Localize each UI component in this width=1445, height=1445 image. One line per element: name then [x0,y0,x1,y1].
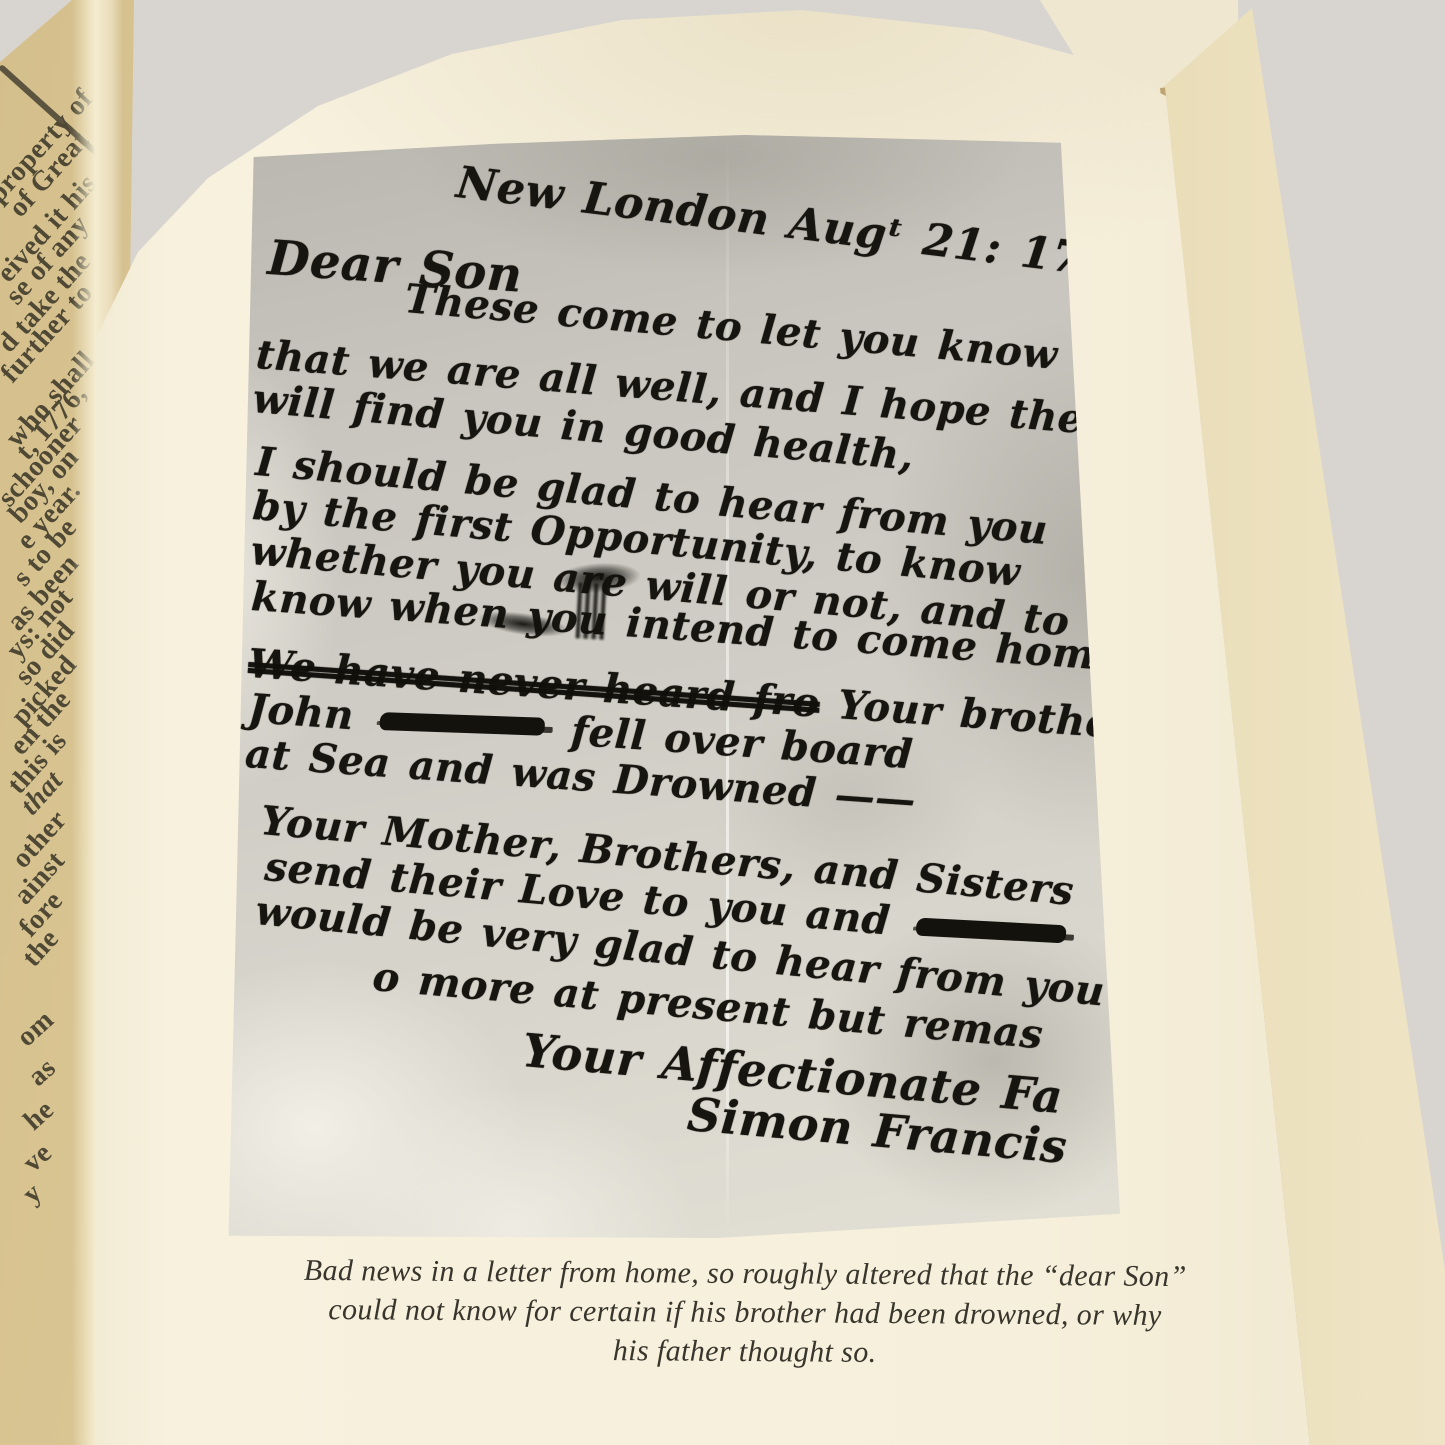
handwritten-line: New London Augᵗ 21: 1777 [454,157,1120,292]
letter-photograph: New London Augᵗ 21: 1777Dear SonThese co… [225,135,1120,1238]
caption: Bad news in a letter from home, so rough… [145,1250,1346,1375]
ink-blot [916,918,1067,944]
letter-text: New London Augᵗ 21: 1777 [454,157,1120,292]
ink-blot [380,712,546,736]
book-photograph: property ofof Greateived it hisse of any… [0,0,1445,1445]
ink-smear [576,582,607,639]
